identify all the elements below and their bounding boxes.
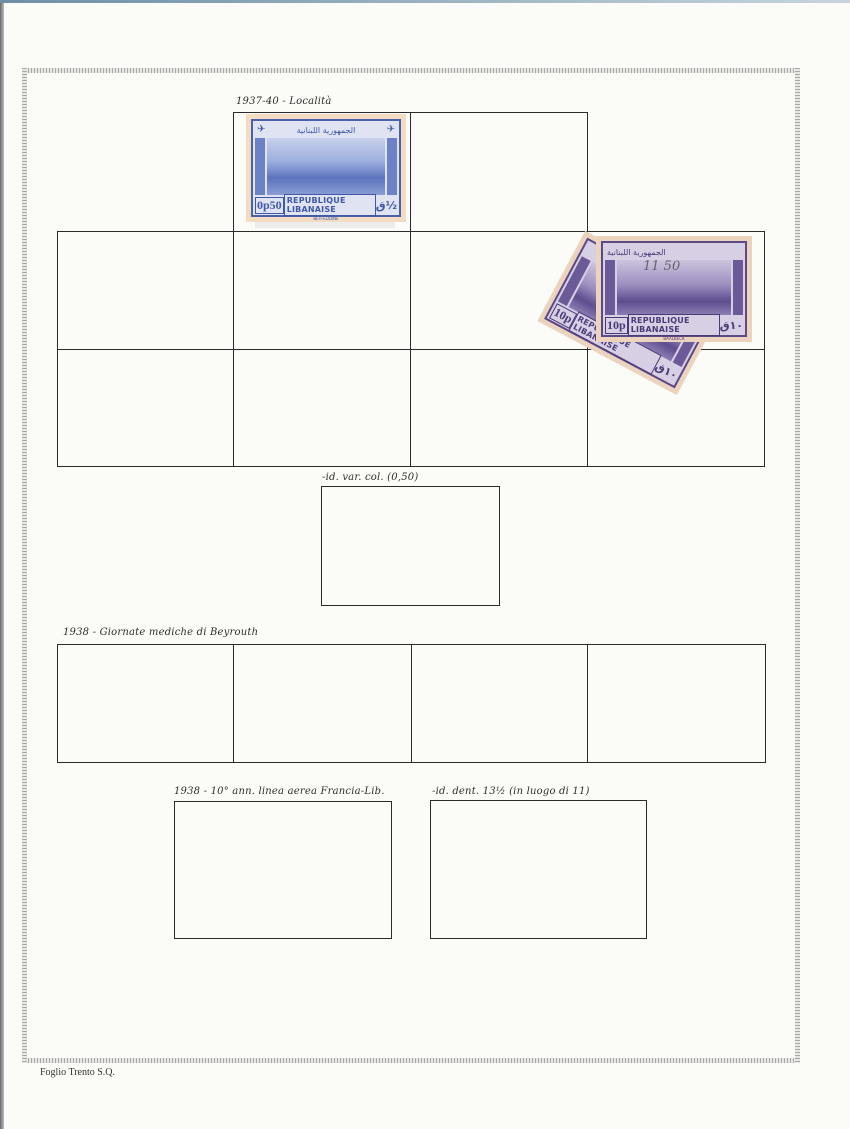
side-ornament <box>733 260 743 315</box>
stamp-baalbeck[interactable]: الجمهورية اللبنانية 11 50 10p REPUBLIQUE… <box>596 236 752 342</box>
arabic-inscription: الجمهورية اللبنانية <box>607 248 666 257</box>
stamp-place: BAALBECK <box>605 336 743 341</box>
stamp-slot <box>57 349 234 467</box>
stamp-slot <box>430 800 647 939</box>
section-heading-linea-aerea: 1938 - 10° ann. linea aerea Francia-Lib. <box>174 786 385 797</box>
arabic-inscription: الجمهورية اللبنانية <box>297 126 356 135</box>
stamp-arabic-value: ق½ <box>376 199 397 212</box>
stamp-slot <box>233 231 411 350</box>
stamp-design: الجمهورية اللبنانية 11 50 10p REPUBLIQUE… <box>601 241 747 337</box>
stamp-slot <box>587 644 766 763</box>
stamp-footer: 0p50 REPUBLIQUE LIBANAISE ق½ BEIT-EDDINE <box>255 197 397 213</box>
page-border-bottom <box>22 1058 800 1063</box>
stamp-arabic-value: ١٠ق <box>720 319 743 332</box>
stamp-slot <box>233 349 411 467</box>
stamp-value: 10p <box>605 317 628 334</box>
postmark-cancel: 11 50 <box>643 259 680 274</box>
stamp-design: ✈ الجمهورية اللبنانية ✈ 0p50 REPUBLIQUE … <box>251 119 401 217</box>
stamp-header: ✈ الجمهورية اللبنانية ✈ <box>257 124 395 136</box>
page-border-top <box>22 68 800 73</box>
airplane-icon: ✈ <box>257 125 265 135</box>
stamp-beit-eddine[interactable]: ✈ الجمهورية اللبنانية ✈ 0p50 REPUBLIQUE … <box>246 114 406 222</box>
stamp-slot <box>410 112 588 232</box>
stamp-country: REPUBLIQUE LIBANAISE <box>628 314 720 336</box>
scan-top-edge <box>0 0 850 3</box>
stamp-slot <box>410 349 588 467</box>
section-heading-localita: 1937-40 - Località <box>236 96 332 107</box>
stamp-slot <box>321 486 500 606</box>
side-ornament <box>605 260 615 315</box>
section-heading-giornate-mediche: 1938 - Giornate mediche di Beyrouth <box>63 627 258 638</box>
stamp-place: BEIT-EDDINE <box>255 216 397 221</box>
section-heading-var-col: -id. var. col. (0,50) <box>322 472 418 483</box>
album-binding-edge <box>0 0 4 1129</box>
side-ornament <box>387 138 397 195</box>
stamp-slot <box>411 644 588 763</box>
stamp-header: الجمهورية اللبنانية <box>607 246 741 258</box>
page-border-right <box>795 68 800 1063</box>
stamp-footer: 10p REPUBLIQUE LIBANAISE ١٠ق BAALBECK <box>605 317 743 333</box>
stamp-country: REPUBLIQUE LIBANAISE <box>284 194 376 216</box>
stamp-slot <box>233 644 412 763</box>
stamp-slot <box>57 644 234 763</box>
section-heading-dent: -id. dent. 13½ (in luogo di 11) <box>432 786 590 797</box>
stamp-value: 0p50 <box>255 197 284 214</box>
stamp-slot <box>174 801 392 939</box>
stamp-slot <box>57 231 234 350</box>
page-border-left <box>22 68 27 1063</box>
airplane-icon: ✈ <box>387 125 395 135</box>
palace-vignette <box>267 138 385 195</box>
side-ornament <box>255 138 265 195</box>
page-footer: Foglio Trento S.Q. <box>40 1067 115 1078</box>
mount-strip <box>255 222 395 228</box>
